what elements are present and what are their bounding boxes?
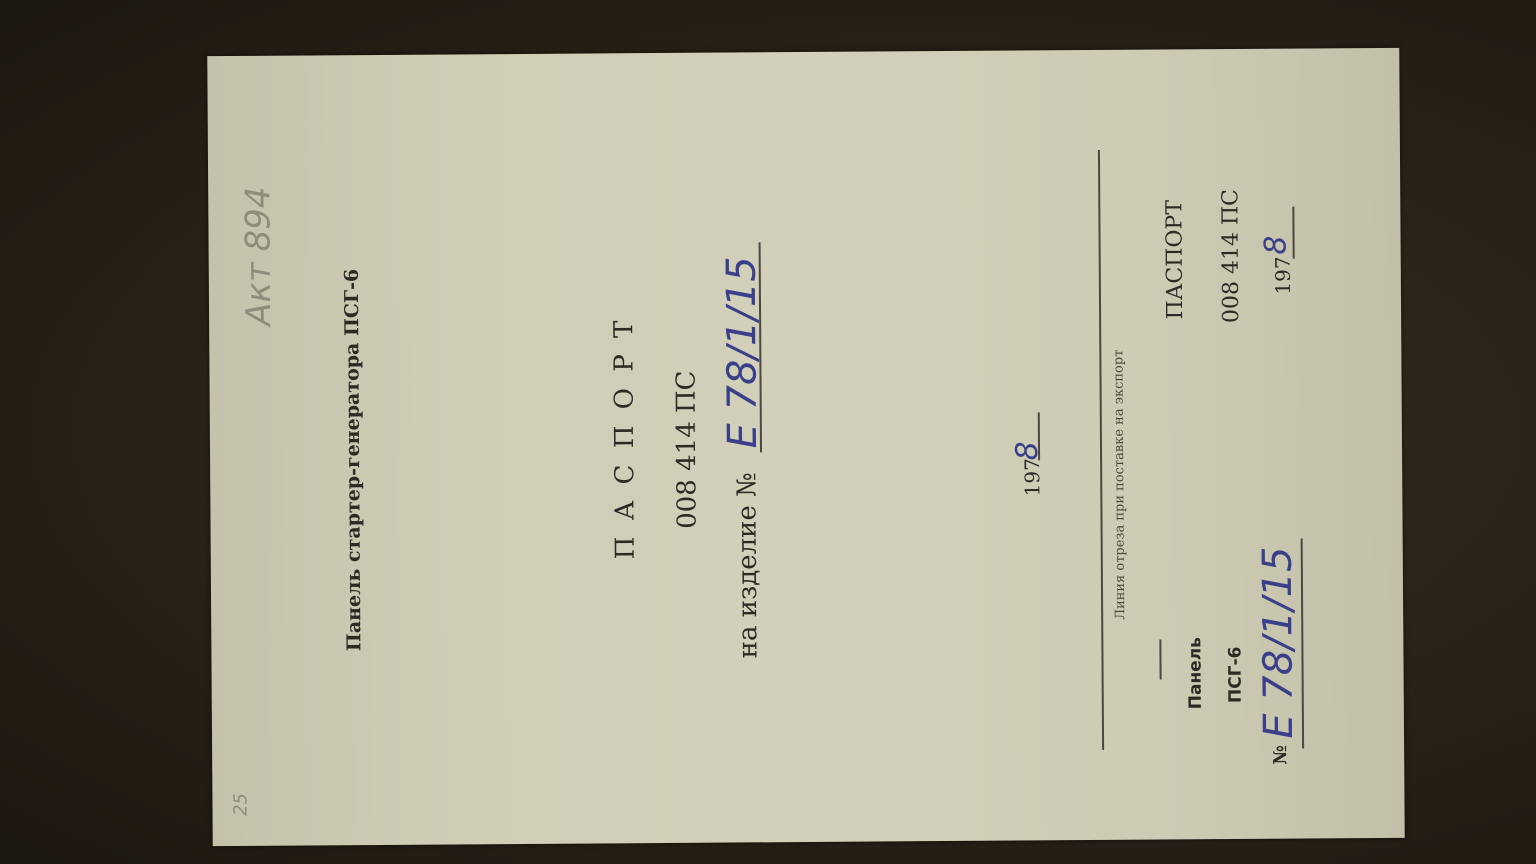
cut-line-label: Линия отреза при поставке на экспорт bbox=[1111, 350, 1128, 620]
pencil-note-act: Акт 894 bbox=[238, 186, 279, 326]
cut-line bbox=[1098, 150, 1104, 750]
tear-off-year-underline bbox=[1292, 207, 1294, 259]
item-label: на изделие № bbox=[732, 472, 763, 658]
document-page: Акт 894 25 Панель стартер-генератора ПСГ… bbox=[207, 48, 1404, 846]
tear-off-code: 008 414 ПС bbox=[1218, 189, 1244, 323]
document-title: П А С П О Р Т bbox=[609, 316, 641, 559]
tear-off-number-label: № bbox=[1270, 745, 1291, 765]
document-header: Панель стартер-генератора ПСГ-6 bbox=[341, 269, 366, 652]
document-code: 008 414 ПС bbox=[671, 370, 702, 529]
tear-off-model-label: ПСГ-6 bbox=[1225, 647, 1245, 704]
year-prefix: 197 bbox=[1020, 458, 1044, 496]
tear-off-number-underline bbox=[1301, 539, 1304, 749]
tear-off-title: ПАСПОРТ bbox=[1162, 200, 1188, 320]
tear-off-panel-label: Панель bbox=[1185, 637, 1206, 709]
tear-off-year-handwritten: 8 bbox=[1259, 235, 1294, 254]
stub-divider bbox=[1159, 640, 1161, 680]
tear-off-number-handwritten: Е 78/1/15 bbox=[1255, 546, 1302, 739]
tear-off-year-prefix: 197 bbox=[1271, 256, 1295, 294]
pencil-note-corner: 25 bbox=[230, 793, 251, 816]
year-handwritten: 8 bbox=[1010, 441, 1045, 460]
year-underline bbox=[1038, 412, 1040, 460]
